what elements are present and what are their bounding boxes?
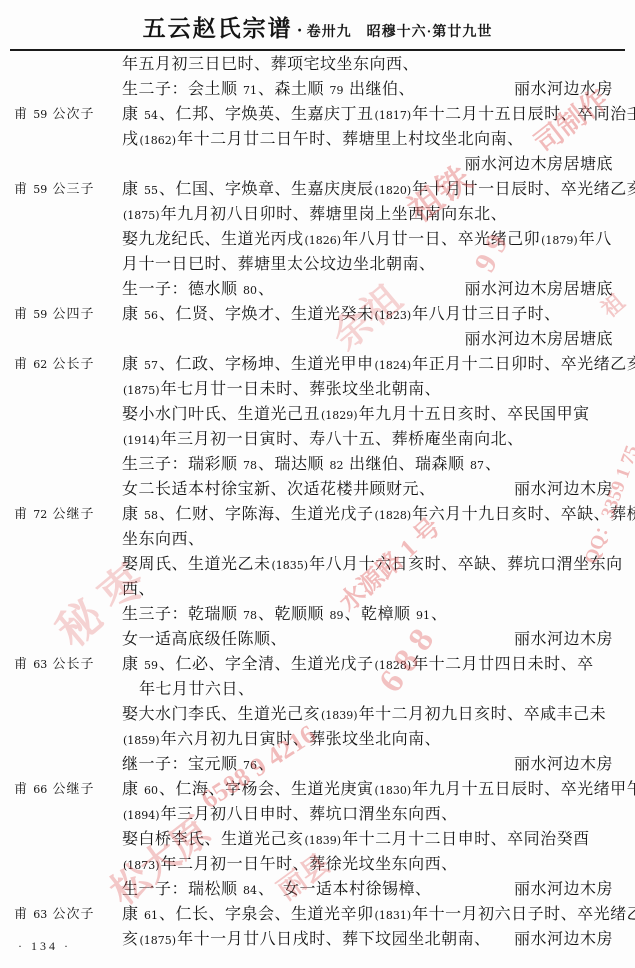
entry-row: 生二子：会土顺 71、森土顺 79 出继伯、 丽水河边水房 bbox=[0, 75, 635, 100]
entry-text: 康 60、仁海、字杨会、生道光庚寅(1830)年九月十五日辰时、卒光绪甲午 bbox=[122, 776, 635, 799]
entry-text: 娶九龙纪氏、生道光丙戌(1826)年八月廿一日、卒光绪己卯(1879)年八 bbox=[122, 226, 613, 249]
entries-list: 年五月初三日巳时、葬项宅坟坐东向西、 生二子：会土顺 71、森土顺 79 出继伯… bbox=[0, 50, 635, 950]
entry-row: 生三子：乾瑞顺 78、乾顺顺 89、乾樟顺 91、 bbox=[0, 600, 635, 625]
entry-row: 丽水河边木房居塘底 bbox=[0, 325, 635, 350]
entry-row: (1873)年二月初一日午时、葬徐光坟坐东向西、 bbox=[0, 850, 635, 875]
entry-text: 亥(1875)年十一月廿八日戌时、葬下坟园坐北朝南、 bbox=[122, 926, 514, 949]
entry-row: 甫 59 公次子 康 54、仁邦、字焕英、生嘉庆丁丑(1817)年十二月十五日辰… bbox=[0, 100, 635, 125]
entry-text: (1873)年二月初一日午时、葬徐光坟坐东向西、 bbox=[122, 851, 613, 874]
entry-row: 亥(1875)年十一月廿八日戌时、葬下坟园坐北朝南、 丽水河边木房 bbox=[0, 925, 635, 950]
entry-text: 生三子：瑞彩顺 78、瑞达顺 82 出继伯、瑞森顺 87、 bbox=[122, 451, 613, 474]
page-subtitle: 卷卅九 昭穆十六·第廿九世 bbox=[307, 25, 493, 40]
entry-text: 康 56、仁贤、字焕才、生道光癸未(1823)年八月廿三日子时、 bbox=[122, 301, 613, 324]
entry-text: 康 58、仁财、字陈海、生道光戊子(1828)年六月十九日亥时、卒缺、葬桥庵 bbox=[122, 501, 635, 524]
entry-row: 甫 63 公长子 康 59、仁必、字全清、生道光戊子(1828)年十二月廿四日未… bbox=[0, 650, 635, 675]
branch-label: 丽水河边水房 bbox=[514, 76, 613, 99]
lineage-label: 甫 72 公继子 bbox=[0, 503, 122, 522]
entry-text: 继一子：宝元顺 76、 bbox=[122, 751, 514, 774]
entry-row: (1875)年七月廿一日未时、葬张坟坐北朝南、 bbox=[0, 375, 635, 400]
entry-text: 生一子：瑞松顺 84、 女一适本村徐锡樟、 bbox=[122, 876, 514, 899]
entry-text: 女一适高底级任陈顺、 bbox=[122, 626, 514, 649]
entry-row: 西、 bbox=[0, 575, 635, 600]
entry-text: (1875)年七月廿一日未时、葬张坟坐北朝南、 bbox=[122, 376, 613, 399]
entry-text: 娶白桥李氏、生道光己亥(1839)年十二月十二日申时、卒同治癸酉 bbox=[122, 826, 613, 849]
entry-text: (1859)年六月初九日寅时、葬张坟坐北向南、 bbox=[122, 726, 613, 749]
entry-text: 康 54、仁邦、字焕英、生嘉庆丁丑(1817)年十二月十五日辰时、卒同治壬 bbox=[122, 101, 635, 124]
page-header: 五云赵氏宗谱·卷卅九 昭穆十六·第廿九世 bbox=[0, 0, 635, 51]
genealogy-page: 五云赵氏宗谱·卷卅九 昭穆十六·第廿九世 年五月初三日巳时、葬项宅坟坐东向西、 … bbox=[0, 0, 635, 968]
entry-text: (1875)年九月初八日卯时、葬塘里岗上坐西南向东北、 bbox=[122, 201, 613, 224]
entry-row: 生三子：瑞彩顺 78、瑞达顺 82 出继伯、瑞森顺 87、 bbox=[0, 450, 635, 475]
entry-row: (1894)年三月初八日申时、葬坑口渭坐东向西、 bbox=[0, 800, 635, 825]
branch-label: 丽水河边木房 bbox=[514, 751, 613, 774]
title-separator: · bbox=[293, 20, 307, 40]
branch-label: 丽水河边木房居塘底 bbox=[464, 326, 613, 349]
lineage-label: 甫 63 公长子 bbox=[0, 653, 122, 672]
entry-text: 康 57、仁政、字杨坤、生道光甲申(1824)年正月十二日卯时、卒光绪乙亥 bbox=[122, 351, 635, 374]
entry-row: 甫 59 公四子 康 56、仁贤、字焕才、生道光癸未(1823)年八月廿三日子时… bbox=[0, 300, 635, 325]
entry-row: (1914)年三月初一日寅时、寿八十五、葬桥庵坐南向北、 bbox=[0, 425, 635, 450]
entry-row: 甫 62 公长子 康 57、仁政、字杨坤、生道光甲申(1824)年正月十二日卯时… bbox=[0, 350, 635, 375]
entry-row: 甫 59 公三子 康 55、仁国、字焕章、生嘉庆庚辰(1820)年十月廿一日辰时… bbox=[0, 175, 635, 200]
entry-text: 月十一日巳时、葬塘里太公坟边坐北朝南、 bbox=[122, 251, 613, 274]
lineage-label: 甫 63 公次子 bbox=[0, 903, 122, 922]
entry-row: 年七月廿六日、 bbox=[0, 675, 635, 700]
entry-text: 康 55、仁国、字焕章、生嘉庆庚辰(1820)年十月廿一日辰时、卒光绪乙亥 bbox=[122, 176, 635, 199]
entry-row: 女二长适本村徐宝新、次适花楼井顾财元、 丽水河边木房 bbox=[0, 475, 635, 500]
entry-row: 甫 72 公继子 康 58、仁财、字陈海、生道光戊子(1828)年六月十九日亥时… bbox=[0, 500, 635, 525]
entry-row: 娶小水门叶氏、生道光己丑(1829)年九月十五日亥时、卒民国甲寅 bbox=[0, 400, 635, 425]
entry-text: 生三子：乾瑞顺 78、乾顺顺 89、乾樟顺 91、 bbox=[122, 601, 613, 624]
branch-label: 丽水河边木房 bbox=[514, 926, 613, 949]
entry-text: 西、 bbox=[122, 576, 613, 599]
entry-text: 生一子：德水顺 80、 bbox=[122, 276, 464, 299]
lineage-label: 甫 62 公长子 bbox=[0, 353, 122, 372]
entry-text: 娶周氏、生道光乙未(1835)年八月十六日亥时、卒缺、葬坑口渭坐东向 bbox=[122, 551, 623, 574]
entry-text: 女二长适本村徐宝新、次适花楼井顾财元、 bbox=[122, 476, 514, 499]
branch-label: 丽水河边木房居塘底 bbox=[464, 151, 613, 174]
branch-label: 丽水河边木房 bbox=[514, 626, 613, 649]
entry-text: 年七月廿六日、 bbox=[122, 676, 613, 699]
entry-text: 坐东向西、 bbox=[122, 526, 613, 549]
lineage-label: 甫 59 公四子 bbox=[0, 303, 122, 322]
entry-row: 生一子：瑞松顺 84、 女一适本村徐锡樟、 丽水河边木房 bbox=[0, 875, 635, 900]
branch-label: 丽水河边木房 bbox=[514, 876, 613, 899]
lineage-label: 甫 59 公次子 bbox=[0, 103, 122, 122]
page-number: · 134 · bbox=[18, 939, 71, 954]
entry-row: 甫 66 公继子 康 60、仁海、字杨会、生道光庚寅(1830)年九月十五日辰时… bbox=[0, 775, 635, 800]
entry-row: 继一子：宝元顺 76、 丽水河边木房 bbox=[0, 750, 635, 775]
entry-row: 戌(1862)年十二月廿二日午时、葬塘里上村坟坐北向南、 bbox=[0, 125, 635, 150]
entry-text: 生二子：会土顺 71、森土顺 79 出继伯、 bbox=[122, 76, 514, 99]
lineage-label: 甫 59 公三子 bbox=[0, 178, 122, 197]
lineage-label: 甫 66 公继子 bbox=[0, 778, 122, 797]
entry-row: 坐东向西、 bbox=[0, 525, 635, 550]
entry-text: 康 61、仁长、字泉会、生道光辛卯(1831)年十一月初六日子时、卒光绪乙 bbox=[122, 901, 635, 924]
branch-label: 丽水河边木房居塘底 bbox=[464, 276, 613, 299]
entry-text: 康 59、仁必、字全清、生道光戊子(1828)年十二月廿四日未时、卒 bbox=[122, 651, 613, 674]
entry-row: 年五月初三日巳时、葬项宅坟坐东向西、 bbox=[0, 50, 635, 75]
entry-row: (1875)年九月初八日卯时、葬塘里岗上坐西南向东北、 bbox=[0, 200, 635, 225]
entry-row: 娶白桥李氏、生道光己亥(1839)年十二月十二日申时、卒同治癸酉 bbox=[0, 825, 635, 850]
entry-text: 年五月初三日巳时、葬项宅坟坐东向西、 bbox=[122, 51, 613, 74]
entry-row: 生一子：德水顺 80、 丽水河边木房居塘底 bbox=[0, 275, 635, 300]
branch-label: 丽水河边木房 bbox=[514, 476, 613, 499]
entry-row: 月十一日巳时、葬塘里太公坟边坐北朝南、 bbox=[0, 250, 635, 275]
entry-text: 戌(1862)年十二月廿二日午时、葬塘里上村坟坐北向南、 bbox=[122, 126, 613, 149]
entry-row: 娶周氏、生道光乙未(1835)年八月十六日亥时、卒缺、葬坑口渭坐东向 bbox=[0, 550, 635, 575]
entry-text: (1914)年三月初一日寅时、寿八十五、葬桥庵坐南向北、 bbox=[122, 426, 613, 449]
page-title: 五云赵氏宗谱 bbox=[143, 16, 293, 41]
entry-text: (1894)年三月初八日申时、葬坑口渭坐东向西、 bbox=[122, 801, 613, 824]
entry-row: 娶九龙纪氏、生道光丙戌(1826)年八月廿一日、卒光绪己卯(1879)年八 bbox=[0, 225, 635, 250]
entry-row: 甫 63 公次子 康 61、仁长、字泉会、生道光辛卯(1831)年十一月初六日子… bbox=[0, 900, 635, 925]
entry-text: 娶大水门李氏、生道光己亥(1839)年十二月初九日亥时、卒咸丰己未 bbox=[122, 701, 613, 724]
entry-row: 娶大水门李氏、生道光己亥(1839)年十二月初九日亥时、卒咸丰己未 bbox=[0, 700, 635, 725]
entry-row: 丽水河边木房居塘底 bbox=[0, 150, 635, 175]
entry-text: 娶小水门叶氏、生道光己丑(1829)年九月十五日亥时、卒民国甲寅 bbox=[122, 401, 613, 424]
entry-row: (1859)年六月初九日寅时、葬张坟坐北向南、 bbox=[0, 725, 635, 750]
entry-row: 女一适高底级任陈顺、 丽水河边木房 bbox=[0, 625, 635, 650]
